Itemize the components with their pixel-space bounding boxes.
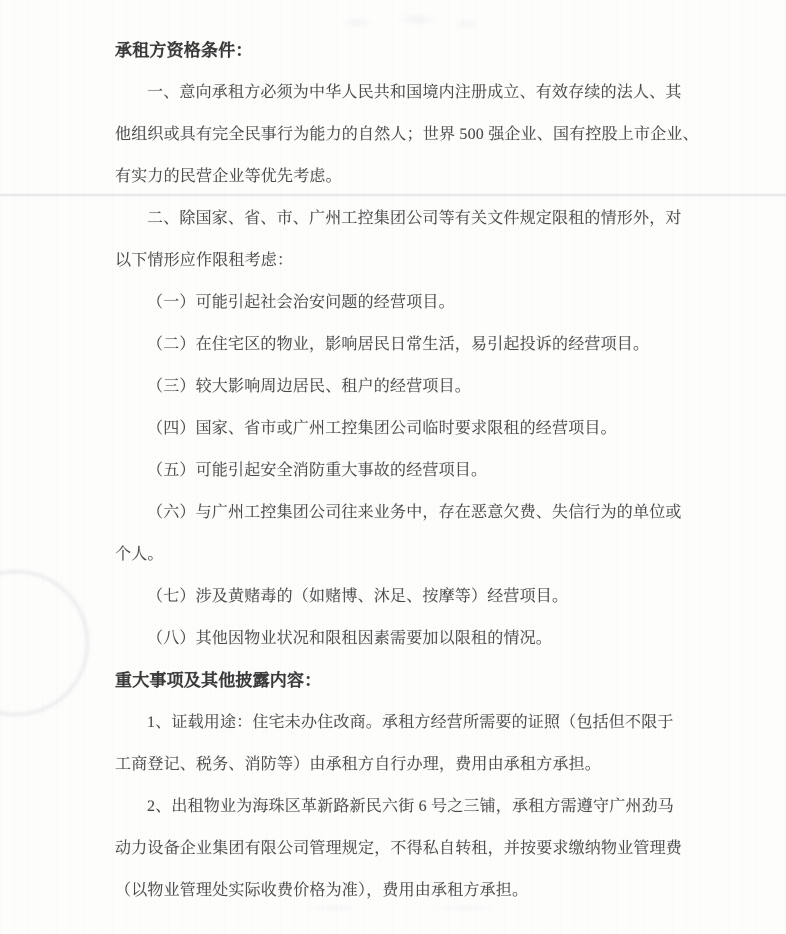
text-line: 1、证载用途：住宅未办住改商。承租方经营所需要的证照（包括但不限于 xyxy=(115,702,715,744)
text-line: （四）国家、省市或广州工控集团公司临时要求限租的经营项目。 xyxy=(115,408,715,450)
section-heading: 承租方资格条件： xyxy=(115,30,715,72)
text-line: 二、除国家、省、市、广州工控集团公司等有关文件规定限租的情形外，对 xyxy=(115,198,715,240)
text-line: （二）在住宅区的物业，影响居民日常生活，易引起投诉的经营项目。 xyxy=(115,324,715,366)
text-line: 个人。 xyxy=(115,534,715,576)
text-line: 有实力的民营企业等优先考虑。 xyxy=(115,156,715,198)
text-line: （七）涉及黄赌毒的（如赌博、沐足、按摩等）经营项目。 xyxy=(115,576,715,618)
text-line: 以下情形应作限租考虑： xyxy=(115,240,715,282)
text-line: （五）可能引起安全消防重大事故的经营项目。 xyxy=(115,450,715,492)
text-line: （八）其他因物业状况和限租因素需要加以限租的情况。 xyxy=(115,618,715,660)
text-line: 工商登记、税务、消防等）由承租方自行办理，费用由承租方承担。 xyxy=(115,744,715,786)
text-line: （六）与广州工控集团公司往来业务中，存在恶意欠费、失信行为的单位或 xyxy=(115,492,715,534)
text-line: 动力设备企业集团有限公司管理规定，不得私自转租，并按要求缴纳物业管理费 xyxy=(115,828,715,870)
document-page: 承租方资格条件：一、意向承租方必须为中华人民共和国境内注册成立、有效存续的法人、… xyxy=(0,0,786,934)
text-line: 他组织或具有完全民事行为能力的自然人；世界 500 强企业、国有控股上市企业、 xyxy=(115,114,715,156)
section-heading: 重大事项及其他披露内容： xyxy=(115,660,715,702)
text-line: 2、出租物业为海珠区革新路新民六街 6 号之三铺，承租方需遵守广州劲马 xyxy=(115,786,715,828)
stamp-arc xyxy=(0,570,89,716)
document-body: 承租方资格条件：一、意向承租方必须为中华人民共和国境内注册成立、有效存续的法人、… xyxy=(115,30,715,912)
text-line: （三）较大影响周边居民、租户的经营项目。 xyxy=(115,366,715,408)
text-line: （一）可能引起社会治安问题的经营项目。 xyxy=(115,282,715,324)
text-line: 一、意向承租方必须为中华人民共和国境内注册成立、有效存续的法人、其 xyxy=(115,72,715,114)
text-line: （以物业管理处实际收费价格为准），费用由承租方承担。 xyxy=(115,870,715,912)
